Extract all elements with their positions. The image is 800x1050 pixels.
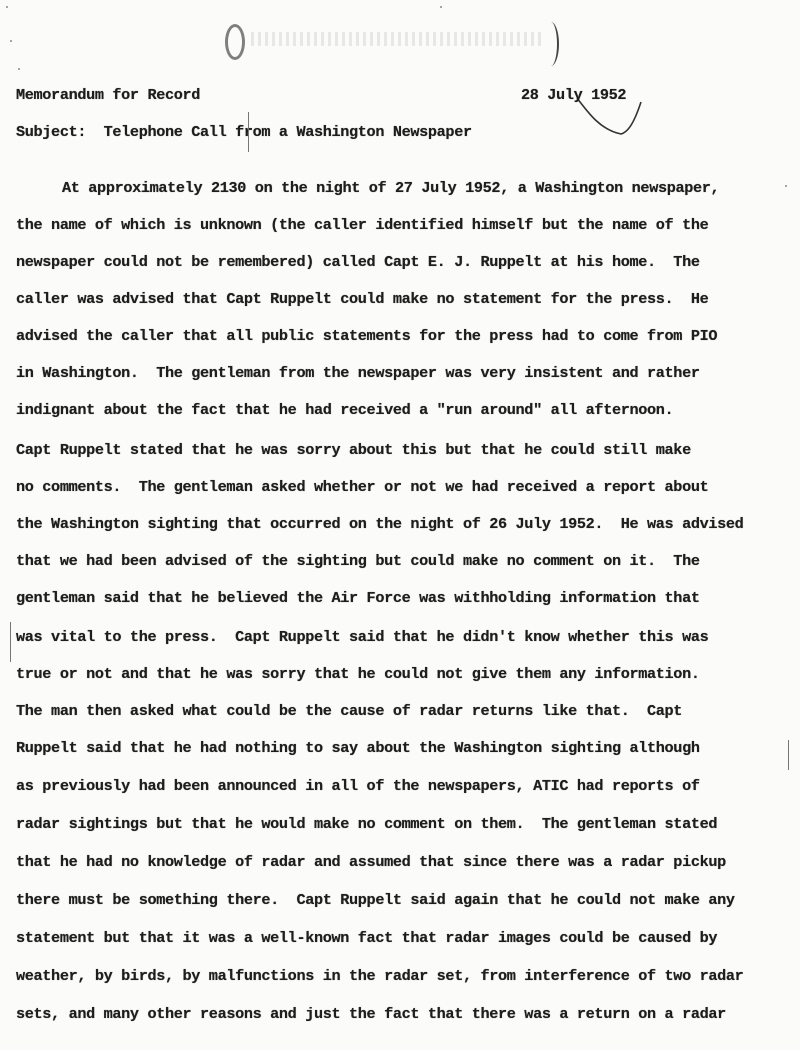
body-line: no comments. The gentleman asked whether…	[16, 477, 708, 497]
body-line: sets, and many other reasons and just th…	[16, 1004, 726, 1024]
body-line: The man then asked what could be the cau…	[16, 701, 682, 721]
memo-date: 28 July 1952	[521, 85, 626, 105]
scan-artifact-line	[248, 112, 249, 152]
body-line: caller was advised that Capt Ruppelt cou…	[16, 289, 708, 309]
body-line: there must be something there. Capt Rupp…	[16, 890, 735, 910]
scan-speck	[785, 185, 787, 187]
body-line: gentleman said that he believed the Air …	[16, 588, 700, 608]
body-line: that we had been advised of the sighting…	[16, 551, 700, 571]
scan-speck	[440, 6, 442, 8]
body-line: that he had no knowledge of radar and as…	[16, 852, 726, 872]
memo-title: Memorandum for Record	[16, 85, 200, 105]
body-line: newspaper could not be remembered) calle…	[16, 252, 700, 272]
memo-subject: Subject: Telephone Call from a Washingto…	[16, 122, 472, 142]
scan-artifact-line	[788, 740, 789, 770]
scan-speck	[6, 6, 8, 8]
scan-speck	[10, 40, 12, 42]
body-line: the Washington sighting that occurred on…	[16, 514, 743, 534]
body-line: radar sightings but that he would make n…	[16, 814, 717, 834]
body-line: indignant about the fact that he had rec…	[16, 400, 673, 420]
stamp-ring-mark	[225, 24, 245, 60]
illegible-stamp-text	[251, 32, 541, 46]
body-line: statement but that it was a well-known f…	[16, 928, 717, 948]
body-line: as previously had been announced in all …	[16, 776, 700, 796]
body-line: Capt Ruppelt stated that he was sorry ab…	[16, 440, 691, 460]
body-line: in Washington. The gentleman from the ne…	[16, 363, 700, 383]
body-line: was vital to the press. Capt Ruppelt sai…	[16, 627, 708, 647]
body-line: advised the caller that all public state…	[16, 326, 717, 346]
body-line: At approximately 2130 on the night of 27…	[62, 178, 719, 198]
scan-artifact-line	[10, 622, 11, 662]
faded-stamp-mark	[225, 22, 565, 62]
scan-speck	[18, 68, 20, 70]
stamp-bracket-mark	[543, 22, 559, 66]
body-line: the name of which is unknown (the caller…	[16, 215, 708, 235]
body-line: weather, by birds, by malfunctions in th…	[16, 966, 743, 986]
body-line: true or not and that he was sorry that h…	[16, 664, 700, 684]
memorandum-page: Memorandum for Record 28 July 1952 Subje…	[0, 0, 800, 1050]
body-line: Ruppelt said that he had nothing to say …	[16, 738, 700, 758]
